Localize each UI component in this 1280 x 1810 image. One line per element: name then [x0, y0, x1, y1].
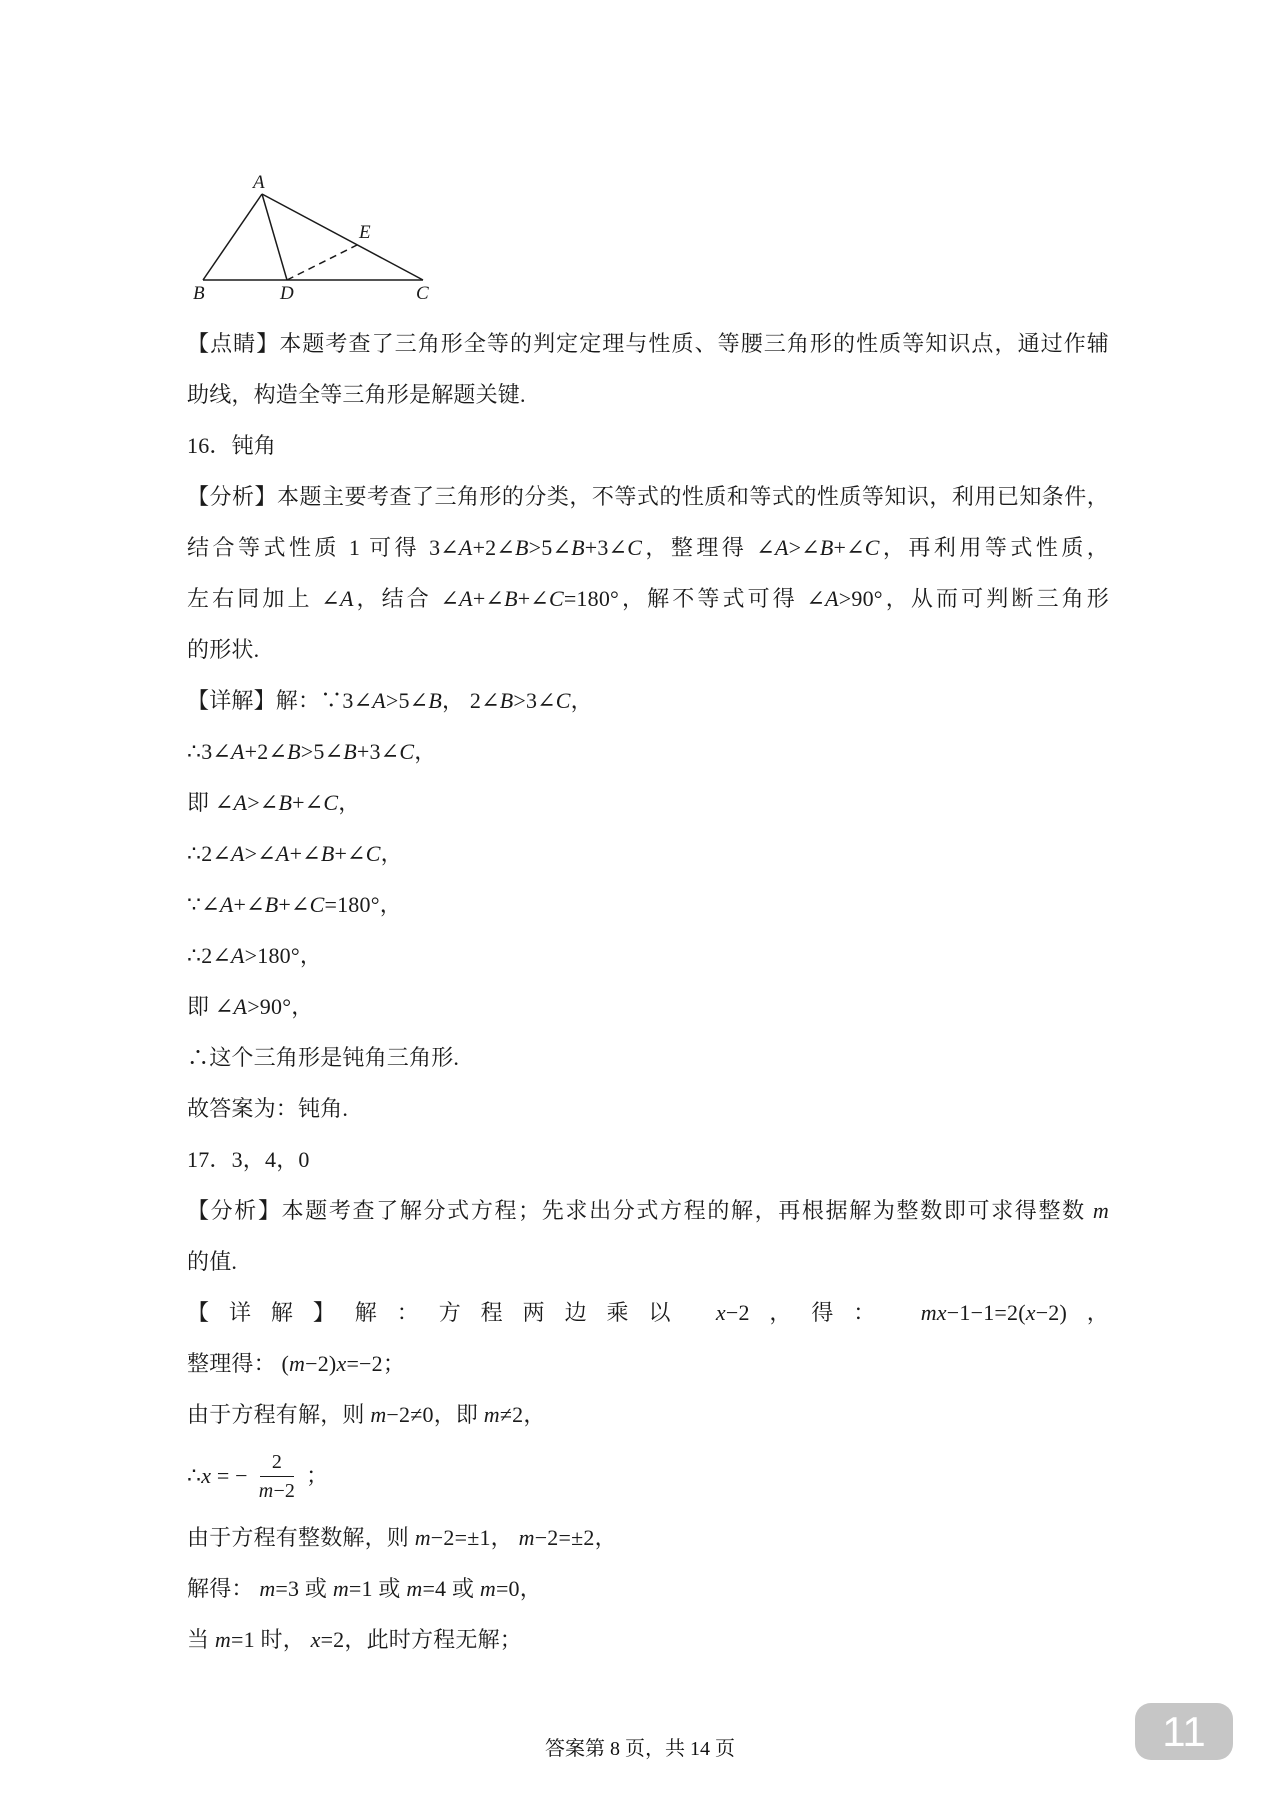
text-line: 故答案为：钝角. [187, 1083, 1109, 1134]
edge-AB [203, 194, 262, 280]
page-number-badge: 11 [1135, 1703, 1233, 1760]
text-line: 整理得： (m−2)x=−2； [187, 1338, 1109, 1389]
segment-DE-dashed [287, 245, 357, 280]
page-footer-label: 答案第 8 页，共 14 页 [0, 1732, 1280, 1761]
text-line: 解得： m=3 或 m=1 或 m=4 或 m=0， [187, 1563, 1109, 1614]
fraction: 2m−2 [253, 1450, 301, 1503]
vertex-label-A: A [251, 172, 265, 193]
text-line: ∴2∠A>180°， [187, 930, 1109, 981]
text-line: 当 m=1 时， x=2，此时方程无解； [187, 1614, 1109, 1665]
text-line: 【详解】解：∵3∠A>5∠B， 2∠B>3∠C， [187, 675, 1109, 726]
text-line: ∵∠A+∠B+∠C=180°， [187, 879, 1109, 930]
content-lines: 【点睛】本题考查了三角形全等的判定定理与性质、等腰三角形的性质等知识点，通过作辅… [187, 318, 1109, 1665]
text-line: 由于方程有解，则 m−2≠0，即 m≠2， [187, 1389, 1109, 1440]
text-line: 17．3，4，0 [187, 1134, 1109, 1185]
text-line: 【分析】本题主要考查了三角形的分类，不等式的性质和等式的性质等知识，利用已知条件… [187, 471, 1109, 522]
text-line: ∴3∠A+2∠B>5∠B+3∠C， [187, 726, 1109, 777]
text-line: 的形状. [187, 624, 1109, 675]
text-line: 由于方程有整数解，则 m−2=±1， m−2=±2， [187, 1512, 1109, 1563]
text-line: 即 ∠A>∠B+∠C， [187, 777, 1109, 828]
text-line: 【详解】解：方程两边乘以 x−2，得： mx−1−1=2(x−2)， [187, 1287, 1109, 1338]
triangle-diagram: A B D C E [190, 160, 435, 305]
edge-AC [262, 194, 423, 280]
math-fraction-line: ∴x = −2m−2； [187, 1440, 1109, 1512]
text-line: 即 ∠A>90°， [187, 981, 1109, 1032]
vertex-label-B: B [193, 283, 205, 304]
text-line: 【分析】本题考查了解分式方程；先求出分式方程的解，再根据解为整数即可求得整数 m [187, 1185, 1109, 1236]
vertex-label-D: D [279, 283, 294, 304]
text-line: 的值. [187, 1236, 1109, 1287]
segment-AD [262, 194, 287, 280]
triangle-figure: A B D C E [190, 160, 435, 305]
document-page: A B D C E 【点睛】本题考查了三角形全等的判定定理与性质、等腰三角形的性… [0, 0, 1280, 1810]
text-line: 左右同加上 ∠A，结合 ∠A+∠B+∠C=180°，解不等式可得 ∠A>90°，… [187, 573, 1109, 624]
text-line: ∴2∠A>∠A+∠B+∠C， [187, 828, 1109, 879]
text-line: 【点睛】本题考查了三角形全等的判定定理与性质、等腰三角形的性质等知识点，通过作辅 [187, 318, 1109, 369]
text-line: 结合等式性质 1 可得 3∠A+2∠B>5∠B+3∠C，整理得 ∠A>∠B+∠C… [187, 522, 1109, 573]
vertex-label-C: C [416, 283, 429, 304]
page-number-label: 11 [1162, 1708, 1206, 1756]
text-line: 助线，构造全等三角形是解题关键. [187, 369, 1109, 420]
vertex-label-E: E [358, 222, 371, 243]
text-line: ∴这个三角形是钝角三角形. [187, 1032, 1109, 1083]
text-line: 16．钝角 [187, 420, 1109, 471]
